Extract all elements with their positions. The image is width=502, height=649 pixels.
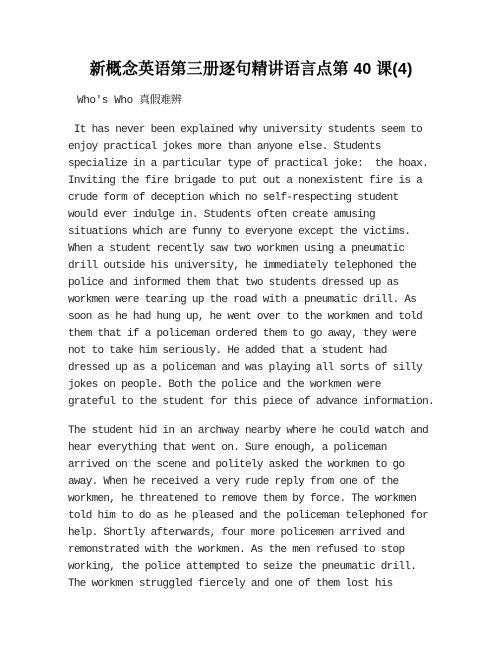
text-line: hear everything that went on. Sure enoug… bbox=[68, 440, 438, 457]
text-line: them that if a policeman ordered them to… bbox=[68, 326, 438, 343]
text-line: workmen, he threatened to remove them by… bbox=[68, 491, 438, 508]
text-line: would ever indulge in. Students often cr… bbox=[68, 207, 438, 224]
text-line: specialize in a particular type of pract… bbox=[68, 156, 438, 173]
text-line: Inviting the fire brigade to put out a n… bbox=[68, 173, 438, 190]
text-line: It has never been explained why universi… bbox=[68, 122, 438, 139]
paragraph-1: It has never been explained why universi… bbox=[68, 122, 438, 411]
text-line: jokes on people. Both the police and the… bbox=[68, 377, 438, 394]
text-line: crude form of deception which no self-re… bbox=[68, 190, 438, 207]
text-line: situations which are funny to everyone e… bbox=[68, 224, 438, 241]
text-line: When a student recently saw two workmen … bbox=[68, 241, 438, 258]
text-line: working, the police attempted to seize t… bbox=[68, 559, 438, 576]
text-line: workmen were tearing up the road with a … bbox=[68, 292, 438, 309]
text-line: told him to do as he pleased and the pol… bbox=[68, 508, 438, 525]
paragraph-2: The student hid in an archway nearby whe… bbox=[68, 423, 438, 593]
text-line: dressed up as a policeman and was playin… bbox=[68, 360, 438, 377]
text-line: enjoy practical jokes more than anyone e… bbox=[68, 139, 438, 156]
text-line: away. When he received a very rude reply… bbox=[68, 474, 438, 491]
text-line: not to take him seriously. He added that… bbox=[68, 343, 438, 360]
page-title: 新概念英语第三册逐句精讲语言点第 40 课(4) bbox=[0, 60, 502, 80]
text-line: soon as he had hung up, he went over to … bbox=[68, 309, 438, 326]
text-line: police and informed them that two studen… bbox=[68, 275, 438, 292]
text-line: arrived on the scene and politely asked … bbox=[68, 457, 438, 474]
text-line: grateful to the student for this piece o… bbox=[68, 394, 438, 411]
text-line: drill outside his university, he immedia… bbox=[68, 258, 438, 275]
document-page: 新概念英语第三册逐句精讲语言点第 40 课(4) Who's Who 真假难辨 … bbox=[0, 0, 502, 649]
lesson-subtitle: Who's Who 真假难辨 bbox=[77, 94, 181, 109]
text-line: The workmen struggled fiercely and one o… bbox=[68, 576, 438, 593]
text-line: remonstrated with the workmen. As the me… bbox=[68, 542, 438, 559]
text-line: help. Shortly afterwards, four more poli… bbox=[68, 525, 438, 542]
text-line: The student hid in an archway nearby whe… bbox=[68, 423, 438, 440]
